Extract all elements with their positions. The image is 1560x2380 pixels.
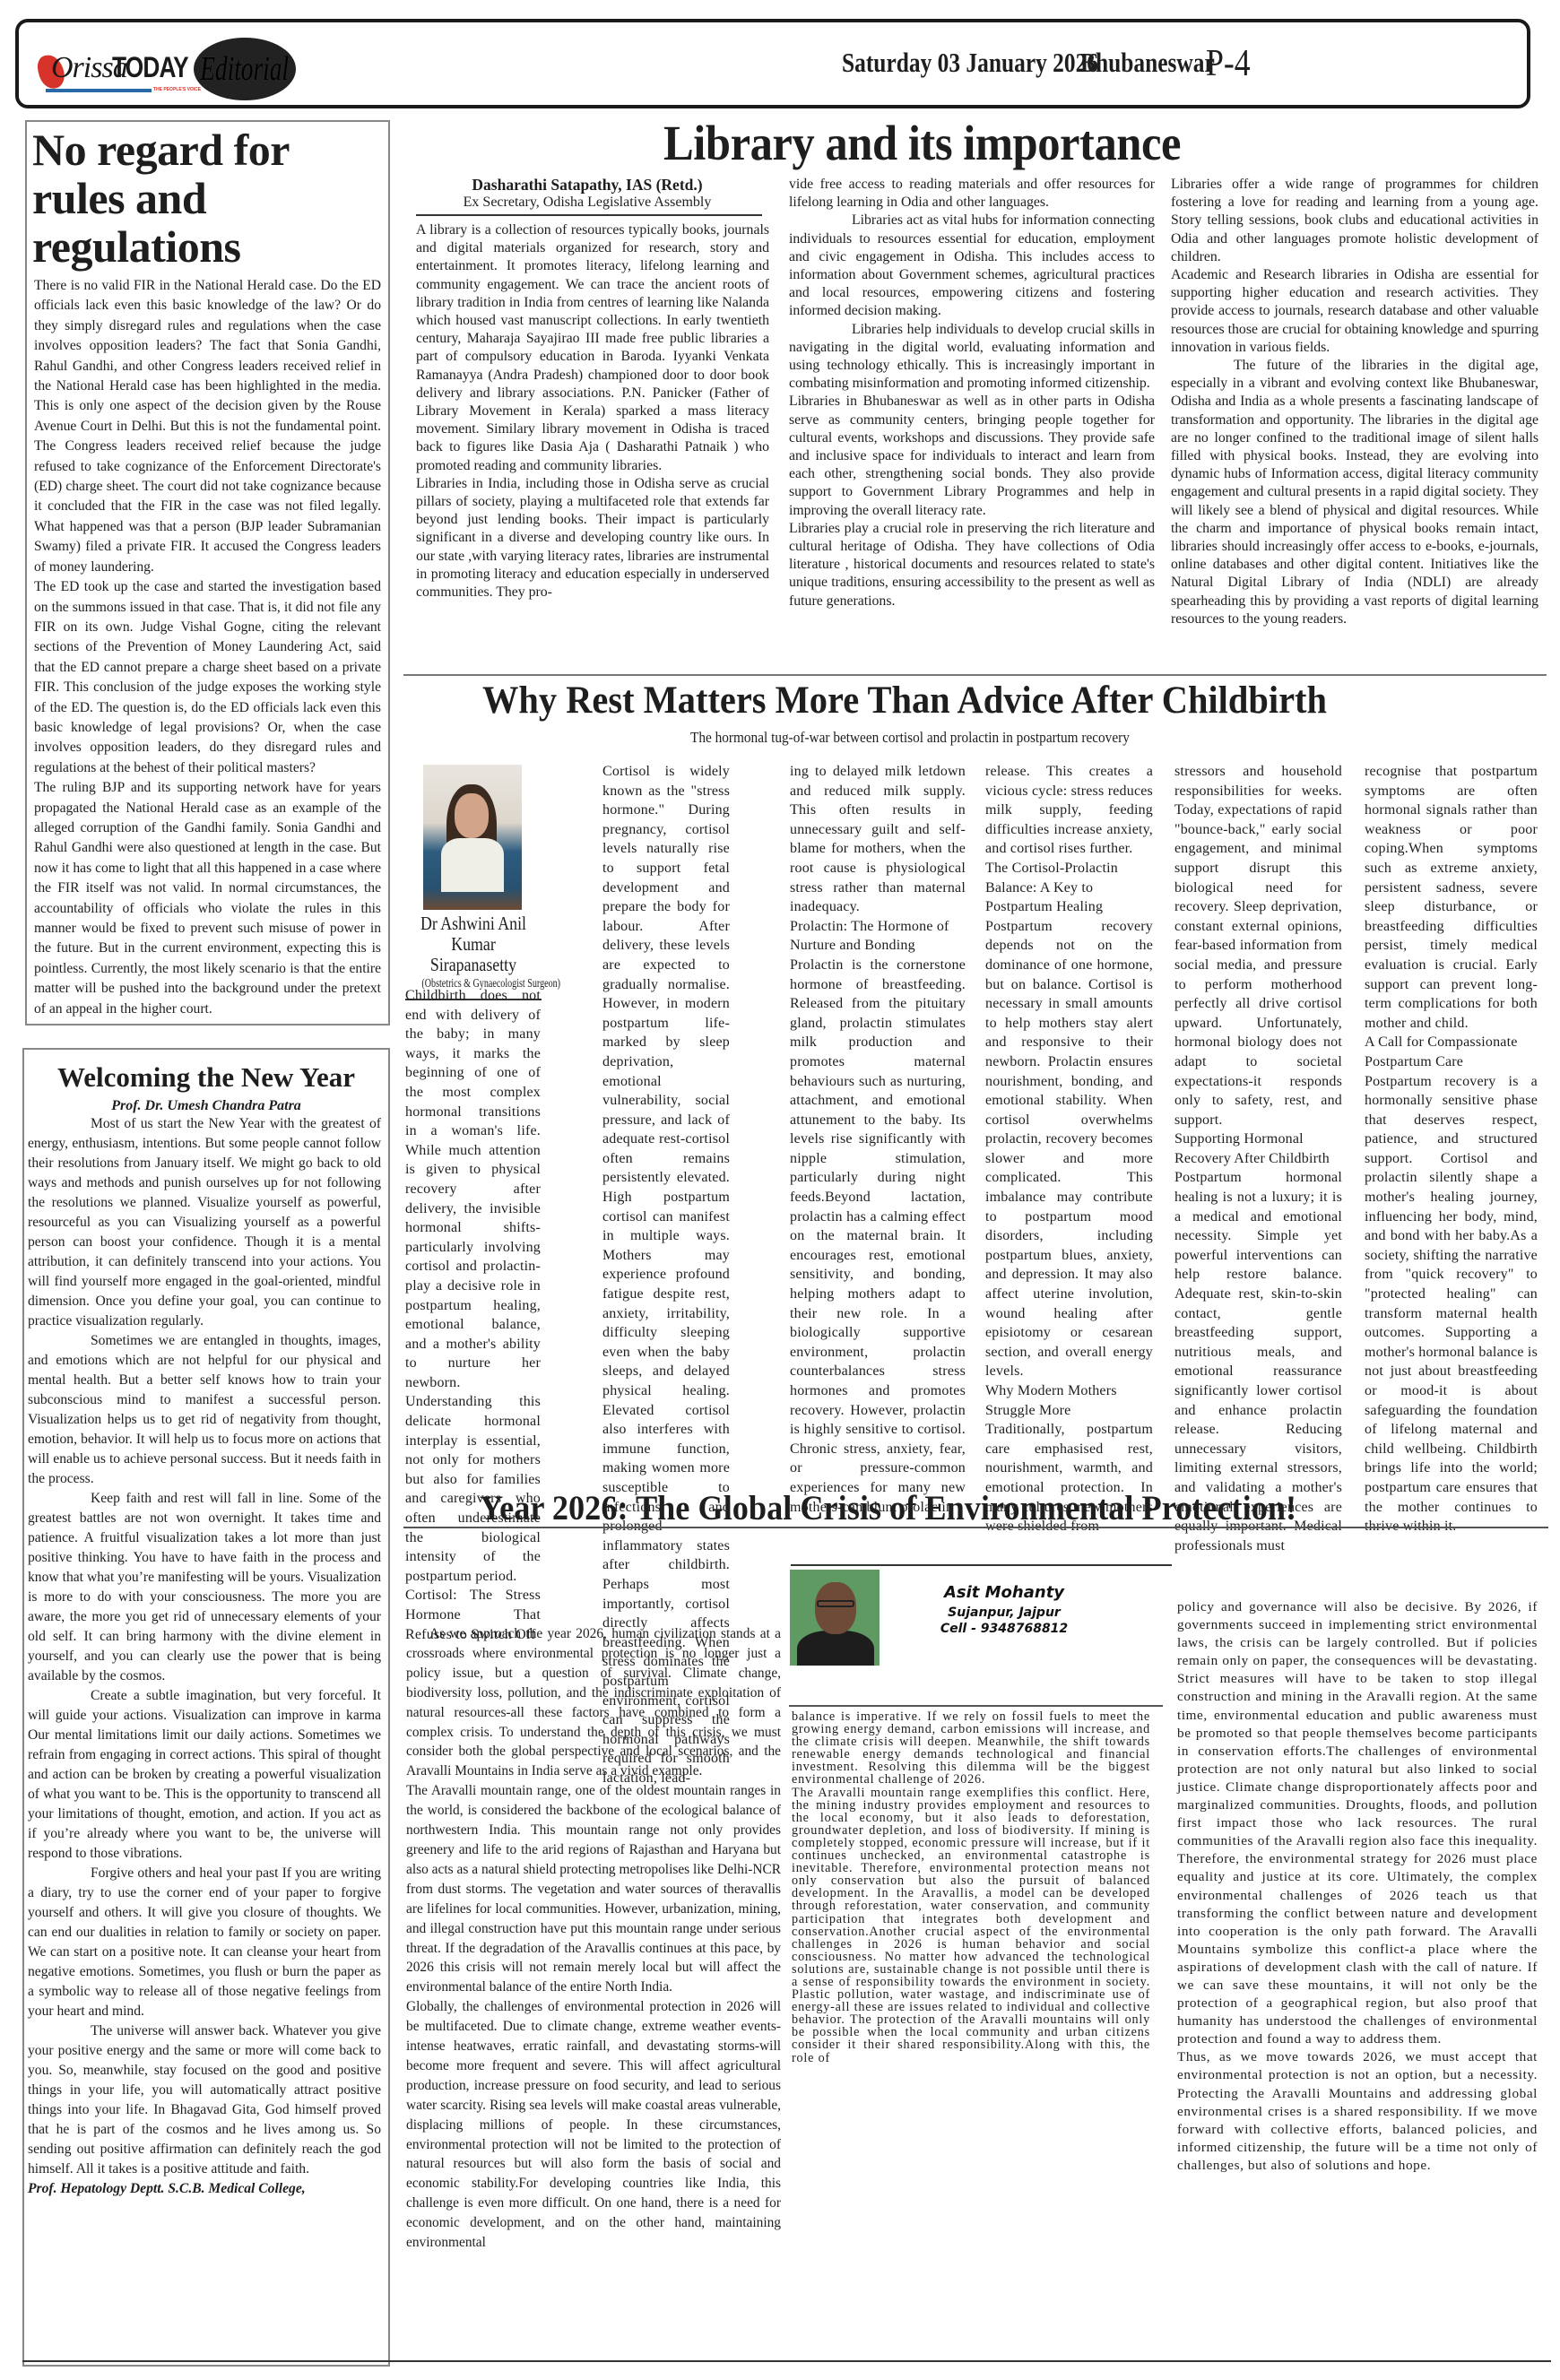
- subheading: The Cortisol-Prolactin Balance: A Key to…: [985, 859, 1153, 917]
- article-title: No regard for rules and regulations: [27, 122, 388, 276]
- orissa-today-logo[interactable]: Orissa TODAY THE PEOPLE'S VOICE: [39, 49, 171, 94]
- paragraph: Libraries help individuals to develop cr…: [789, 321, 1155, 394]
- page-bottom-rule: [22, 2360, 1551, 2362]
- paragraph: Academic and Research libraries in Odish…: [1171, 266, 1538, 357]
- paragraph: Libraries act as vital hubs for informat…: [789, 212, 1155, 320]
- logo-underline: [46, 89, 152, 92]
- author-affiliation: Prof. Hepatology Deptt. S.C.B. Medical C…: [28, 2179, 381, 2199]
- article-title-environment: Year 2026: The Global Crisis of Environm…: [480, 1488, 1296, 1528]
- paragraph: ing to delayed milk letdown and reduced …: [790, 762, 966, 917]
- subheading: Prolactin: The Hormone of Nurture and Bo…: [790, 917, 966, 956]
- paragraph: Prolactin is the cornerstone hormone of …: [790, 956, 966, 1517]
- section-label: Editorial: [201, 49, 290, 89]
- logo-tagline: THE PEOPLE'S VOICE: [153, 87, 201, 92]
- paragraph: Libraries offer a wide range of programm…: [1171, 176, 1538, 266]
- paragraph: Create a subtle imagination, but very fo…: [28, 1686, 381, 1864]
- paragraph: stressors and household responsibilities…: [1174, 762, 1342, 1129]
- paragraph: Globally, the challenges of environmenta…: [406, 1997, 781, 2253]
- paragraph: Postpartum recovery is a hormonally sens…: [1365, 1072, 1538, 1536]
- paragraph: The ruling BJP and its supporting networ…: [34, 778, 381, 1019]
- paragraph: As we approach the year 2026, human civi…: [406, 1624, 781, 1781]
- section-badge: Editorial: [194, 38, 296, 100]
- env-col-2: balance is imperative. If we rely on fos…: [792, 1710, 1150, 2064]
- author-location: Sujanpur, Jajpur: [897, 1605, 1112, 1620]
- paragraph: Libraries play a crucial role in preserv…: [789, 520, 1155, 610]
- library-col-2: vide free access to reading materials an…: [789, 176, 1155, 610]
- article-no-regard: No regard for rules and regulations Ther…: [25, 120, 390, 1026]
- paragraph: Thus, as we move towards 2026, we must a…: [1177, 2048, 1538, 2175]
- paragraph: There is no valid FIR in the National He…: [34, 276, 381, 577]
- divider: [791, 1564, 1172, 1566]
- paragraph: A library is a collection of resources t…: [405, 221, 769, 475]
- section-divider: [403, 674, 1547, 676]
- masthead: Orissa TODAY THE PEOPLE'S VOICE Editoria…: [15, 19, 1530, 108]
- rest-col-5: recognise that postpartum symptoms are o…: [1365, 762, 1538, 1536]
- logo-today-text: TODAY: [112, 51, 188, 84]
- paragraph: The Aravalli mountain range exemplifies …: [792, 1787, 1150, 2064]
- paragraph: vide free access to reading materials an…: [789, 176, 1155, 212]
- divider: [416, 214, 762, 216]
- rest-col-3: release. This creates a vicious cycle: s…: [985, 762, 1153, 1536]
- paragraph: recognise that postpartum symptoms are o…: [1365, 762, 1538, 1033]
- author-photo: [423, 765, 522, 910]
- paragraph: Most of us start the New Year with the g…: [28, 1114, 381, 1331]
- paragraph: The Aravalli mountain range, one of the …: [406, 1781, 781, 1997]
- paragraph: Libraries in India, including those in O…: [405, 475, 769, 601]
- env-byline: Asit Mohanty Sujanpur, Jajpur Cell - 934…: [897, 1583, 1112, 1636]
- author-name: Dasharathi Satapathy, IAS (Retd.): [405, 176, 769, 195]
- author-phone: Cell - 9348768812: [897, 1622, 1112, 1636]
- issue-date: Saturday 03 January 2026: [842, 47, 1098, 79]
- paragraph: Sometimes we are entangled in thoughts, …: [28, 1331, 381, 1489]
- paragraph: The universe will answer back. Whatever …: [28, 2021, 381, 2179]
- paragraph: Libraries in Bhubaneswar as well as in o…: [789, 393, 1155, 519]
- paragraph: The ED took up the case and started the …: [34, 577, 381, 778]
- author-photo: [790, 1570, 880, 1666]
- paragraph: Postpartum recovery depends not on the d…: [985, 917, 1153, 1381]
- env-col-3: policy and governance will also be decis…: [1177, 1598, 1538, 2175]
- article-subtitle: The hormonal tug-of-war between cortisol…: [69, 729, 1473, 747]
- article-title-library: Library and its importance: [663, 115, 1181, 171]
- article-title: Welcoming the New Year: [24, 1050, 388, 1094]
- paragraph: The future of the libraries in the digit…: [1171, 357, 1538, 628]
- article-new-year: Welcoming the New Year Prof. Dr. Umesh C…: [22, 1048, 390, 2367]
- paragraph: balance is imperative. If we rely on fos…: [792, 1710, 1150, 1787]
- library-col-3: Libraries offer a wide range of programm…: [1171, 176, 1538, 628]
- paragraph: policy and governance will also be decis…: [1177, 1598, 1538, 2048]
- article-title-rest: Why Rest Matters More Than Advice After …: [482, 679, 1327, 723]
- divider: [789, 1705, 1163, 1707]
- article-body: Most of us start the New Year with the g…: [24, 1114, 388, 2199]
- subheading: Why Modern Mothers Struggle More: [985, 1381, 1153, 1420]
- rest-col-0: Childbirth does not end with delivery of…: [405, 986, 541, 1644]
- library-byline: Dasharathi Satapathy, IAS (Retd.) Ex Sec…: [405, 176, 769, 211]
- paragraph: Keep faith and rest will fall in line. S…: [28, 1489, 381, 1686]
- author-name: Kumar Sirapanasetty: [412, 934, 534, 975]
- subheading: A Call for Compassionate Postpartum Care: [1365, 1033, 1538, 1071]
- issue-city: Bhubaneswar: [1080, 47, 1215, 79]
- author-role: Ex Secretary, Odisha Legislative Assembl…: [405, 195, 769, 211]
- author-name: Dr Ashwini Anil: [412, 913, 534, 934]
- library-col-1: Dasharathi Satapathy, IAS (Retd.) Ex Sec…: [405, 176, 769, 601]
- paragraph: release. This creates a vicious cycle: s…: [985, 762, 1153, 859]
- page-number: P-4: [1206, 42, 1251, 85]
- rest-col-4: stressors and household responsibilities…: [1174, 762, 1342, 1555]
- env-col-1: As we approach the year 2026, human civi…: [406, 1624, 781, 2253]
- article-body: There is no valid FIR in the National He…: [27, 276, 388, 1019]
- author-name: Prof. Dr. Umesh Chandra Patra: [24, 1098, 388, 1114]
- rest-col-2: ing to delayed milk letdown and reduced …: [790, 762, 966, 1517]
- paragraph: Forgive others and heal your past If you…: [28, 1864, 381, 2021]
- author-name: Asit Mohanty: [897, 1583, 1112, 1602]
- subheading: Supporting Hormonal Recovery After Child…: [1174, 1129, 1342, 1168]
